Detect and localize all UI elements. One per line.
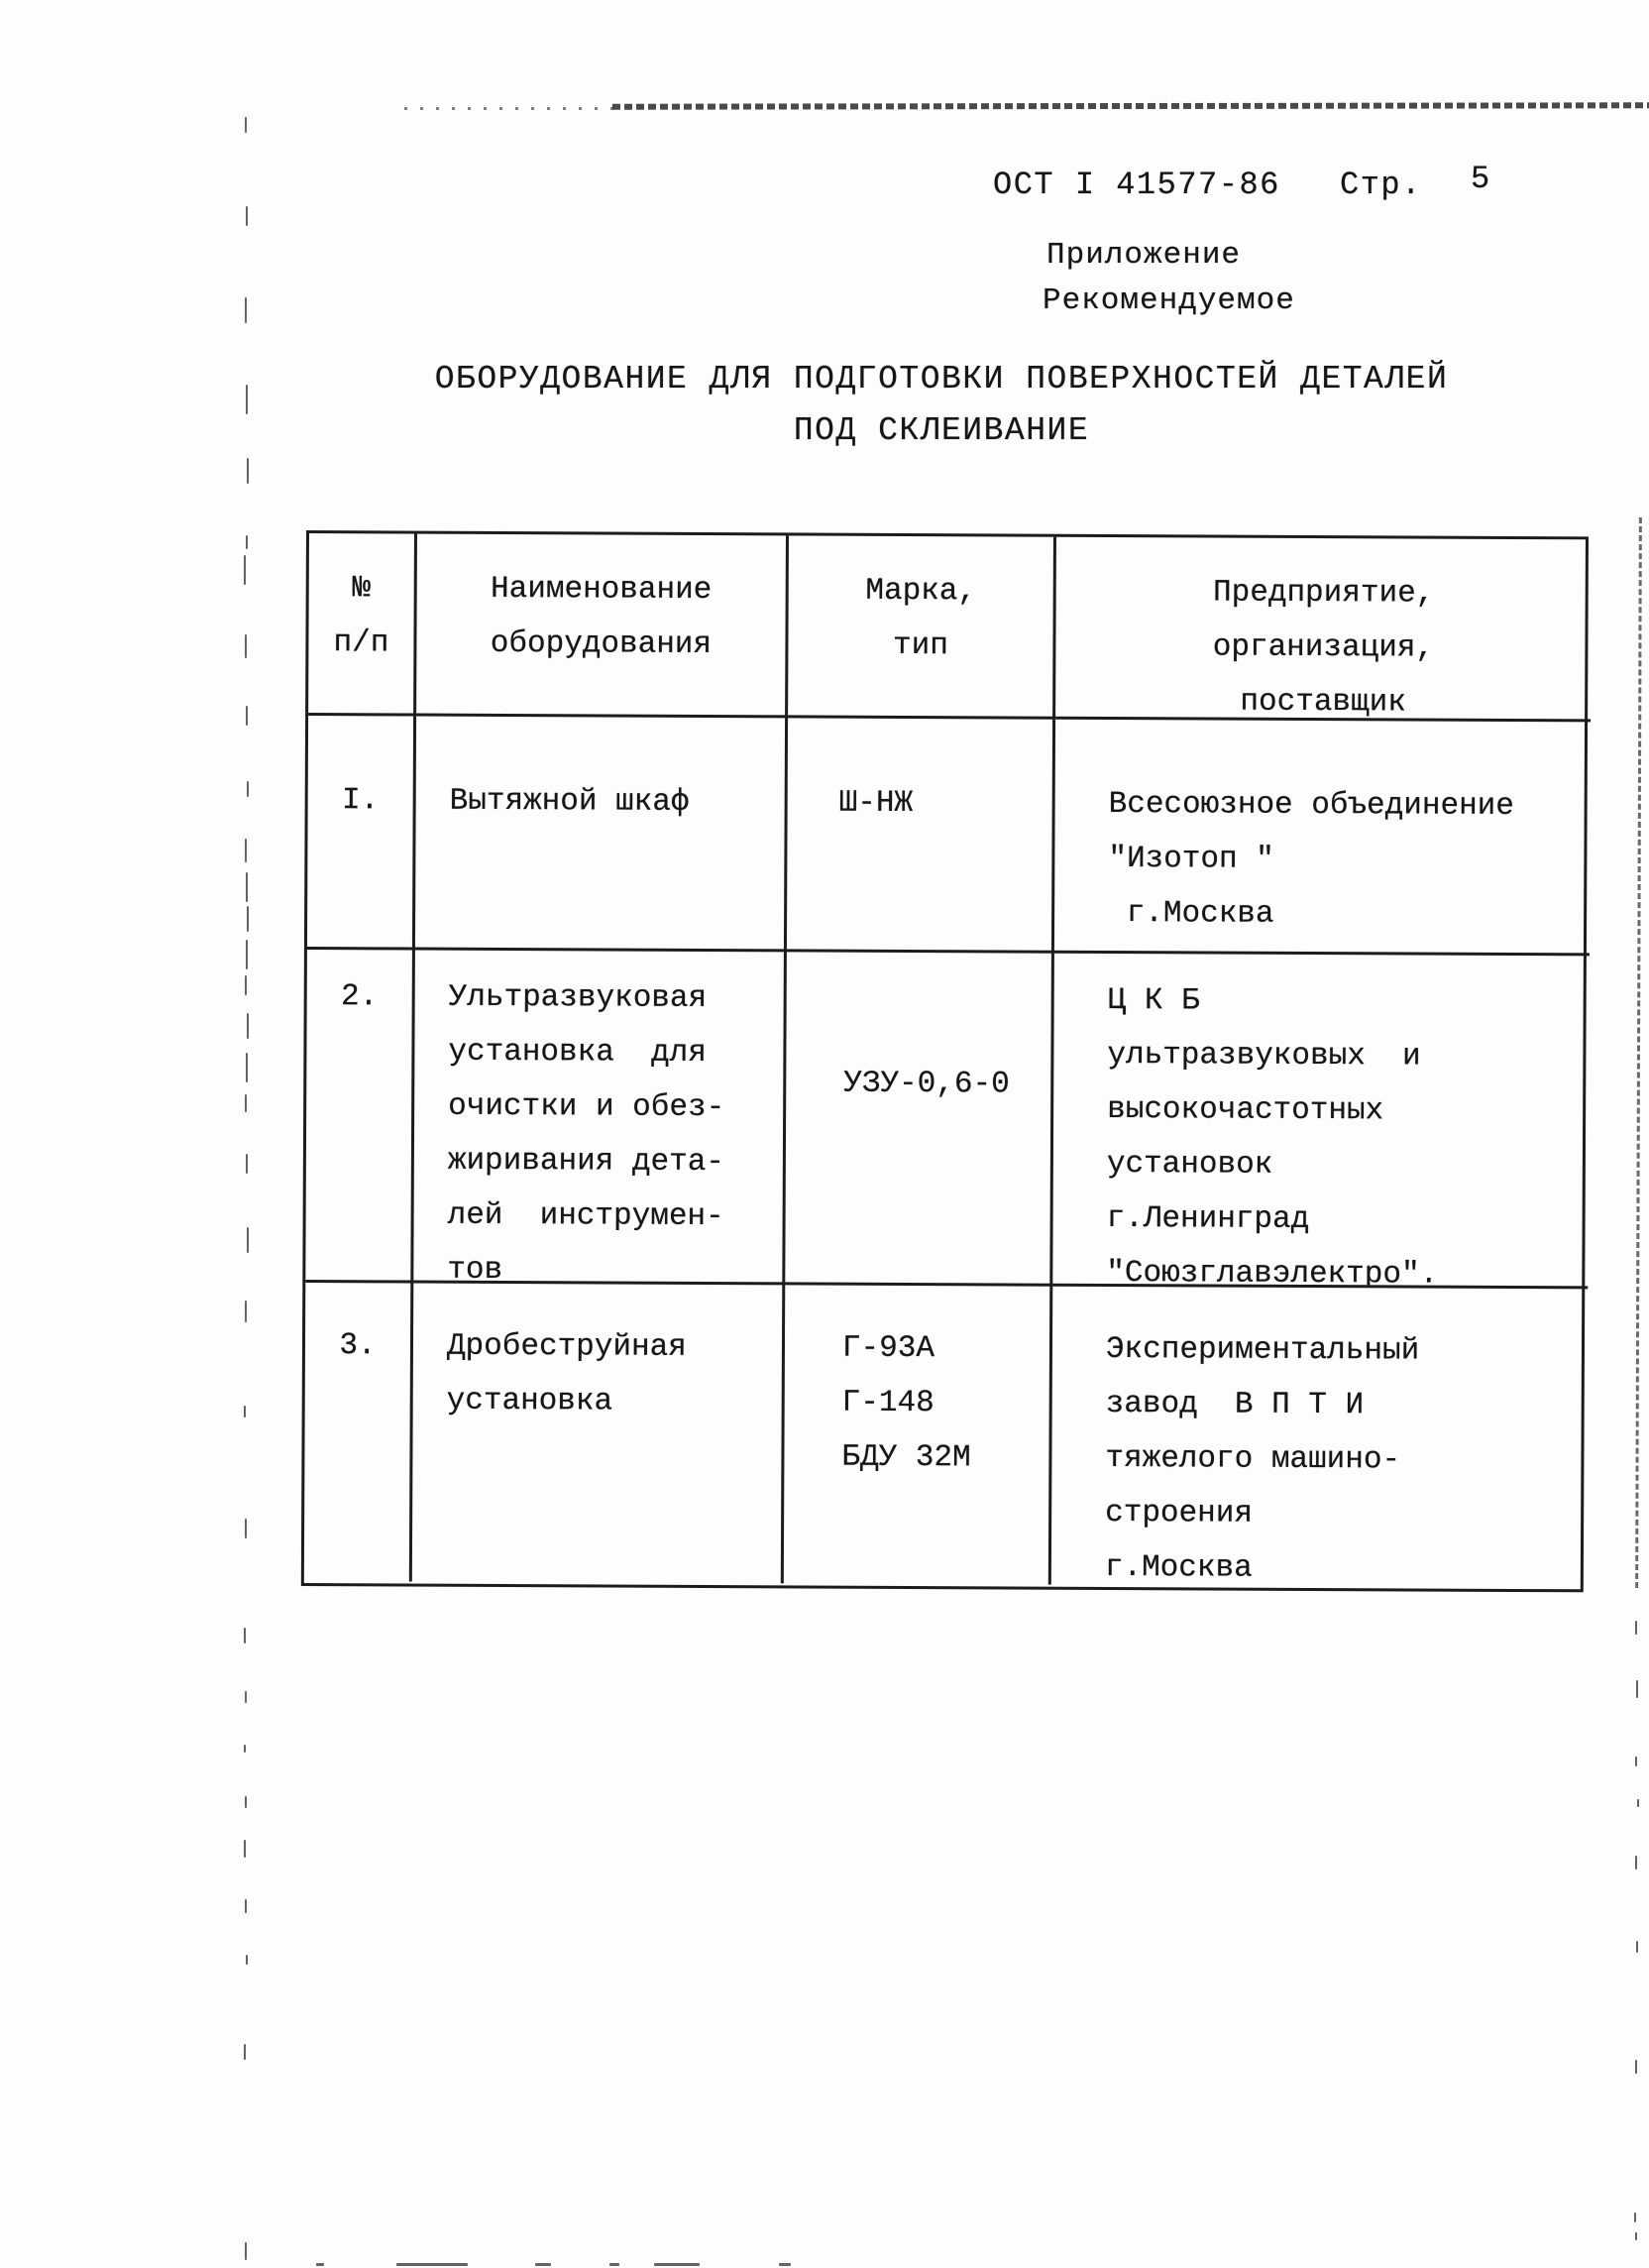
scan-speck bbox=[246, 706, 248, 726]
scan-speck bbox=[1635, 1621, 1637, 1635]
scan-speck bbox=[245, 839, 247, 862]
scan-speck bbox=[244, 1840, 246, 1858]
doc-title-line1: ОБОРУДОВАНИЕ ДЛЯ ПОДГОТОВКИ ПОВЕРХНОСТЕЙ… bbox=[297, 361, 1586, 397]
scanned-page: ОСТ I 41577-86 Стр. 5 Приложение Рекомен… bbox=[0, 0, 1649, 2268]
scan-speck bbox=[1635, 2060, 1637, 2074]
scan-speck bbox=[246, 1154, 248, 1174]
scan-speck bbox=[654, 2263, 700, 2266]
table-row-2-number: 2. bbox=[305, 950, 415, 1284]
scan-speck bbox=[245, 2242, 247, 2260]
scan-speck bbox=[1636, 1941, 1638, 1953]
table-row-3-mark: Г-93А Г-148 БДУ 32М bbox=[784, 1285, 1052, 1584]
col-header-name: Наименование оборудования bbox=[416, 534, 789, 719]
equipment-table: № п/п Наименование оборудования Марка, т… bbox=[301, 530, 1589, 1592]
scan-speck bbox=[245, 1301, 247, 1322]
scan-speck bbox=[245, 117, 247, 133]
scan-speck bbox=[247, 781, 249, 797]
page-label: Стр. bbox=[1340, 167, 1422, 203]
page-number: 5 bbox=[1471, 161, 1491, 197]
table-row-3-name: Дробеструйная установка bbox=[412, 1284, 785, 1584]
scan-speck bbox=[246, 535, 248, 549]
table-row-1-number: I. bbox=[307, 716, 416, 951]
scan-speck bbox=[245, 1899, 247, 1913]
col-header-supplier: Предприятие, организация, поставщик bbox=[1055, 537, 1592, 723]
scan-speck bbox=[246, 385, 248, 414]
scan-speck bbox=[247, 1013, 249, 1039]
scan-speck bbox=[1635, 2232, 1637, 2240]
table-row-2-name: Ультразвуковая установка для очистки и о… bbox=[413, 951, 787, 1286]
scan-edge-right bbox=[1635, 517, 1642, 1588]
doc-reference: ОСТ I 41577-86 bbox=[993, 167, 1280, 203]
table-row-2-mark: УЗУ-0,6-0 bbox=[785, 952, 1054, 1286]
scan-speck bbox=[245, 1519, 247, 1538]
scan-speck bbox=[1635, 1856, 1637, 1870]
scan-speck bbox=[246, 872, 248, 902]
scan-speck bbox=[246, 1955, 248, 1965]
scan-speck bbox=[247, 906, 249, 932]
scan-speck bbox=[316, 2263, 324, 2266]
table-row-1-supplier: Всесоюзное объединение "Изотоп " г.Москв… bbox=[1054, 720, 1591, 957]
scan-speck bbox=[246, 206, 248, 226]
scan-edge-top-sparse bbox=[404, 107, 614, 110]
annex-label: Приложение bbox=[1046, 238, 1241, 273]
scan-speck bbox=[779, 2263, 791, 2266]
scan-edge-top bbox=[612, 102, 1649, 109]
annex-type-label: Рекомендуемое bbox=[1043, 283, 1295, 318]
table-row-1-name: Вытяжной шкаф bbox=[415, 717, 788, 953]
scan-speck bbox=[535, 2263, 551, 2266]
scan-speck bbox=[244, 1406, 246, 1417]
scan-speck bbox=[245, 975, 247, 995]
scan-speck bbox=[1636, 1680, 1638, 1698]
table-row-1-mark: Ш-НЖ bbox=[787, 718, 1055, 953]
table-row-3-number: 3. bbox=[304, 1283, 413, 1582]
scan-speck bbox=[245, 1691, 247, 1703]
scan-speck bbox=[396, 2263, 468, 2266]
scan-speck bbox=[244, 2044, 246, 2060]
scan-speck bbox=[246, 940, 248, 969]
scan-speck bbox=[245, 1796, 247, 1808]
scan-speck bbox=[245, 297, 247, 323]
scan-speck bbox=[609, 2263, 619, 2266]
scan-speck bbox=[247, 458, 249, 484]
scan-speck bbox=[244, 1628, 246, 1644]
scan-speck bbox=[244, 1745, 246, 1753]
scan-speck bbox=[1635, 1757, 1637, 1766]
scan-speck bbox=[246, 1053, 248, 1082]
scan-speck bbox=[1637, 1799, 1639, 1807]
scan-speck bbox=[247, 1227, 249, 1253]
scan-speck bbox=[245, 1094, 247, 1112]
col-header-mark: Марка, тип bbox=[788, 535, 1056, 719]
table-row-3-supplier: Экспериментальный завод В П Т И тяжелого… bbox=[1051, 1287, 1588, 1588]
scan-speck bbox=[244, 555, 246, 585]
table-row-2-supplier: Ц К Б ультразвуковых и высокочастотных у… bbox=[1052, 954, 1590, 1290]
scan-speck bbox=[1634, 2212, 1636, 2222]
doc-title-line2: ПОД СКЛЕИВАНИЕ bbox=[297, 412, 1586, 449]
col-header-number: № п/п bbox=[308, 533, 417, 717]
scan-speck bbox=[245, 634, 247, 658]
